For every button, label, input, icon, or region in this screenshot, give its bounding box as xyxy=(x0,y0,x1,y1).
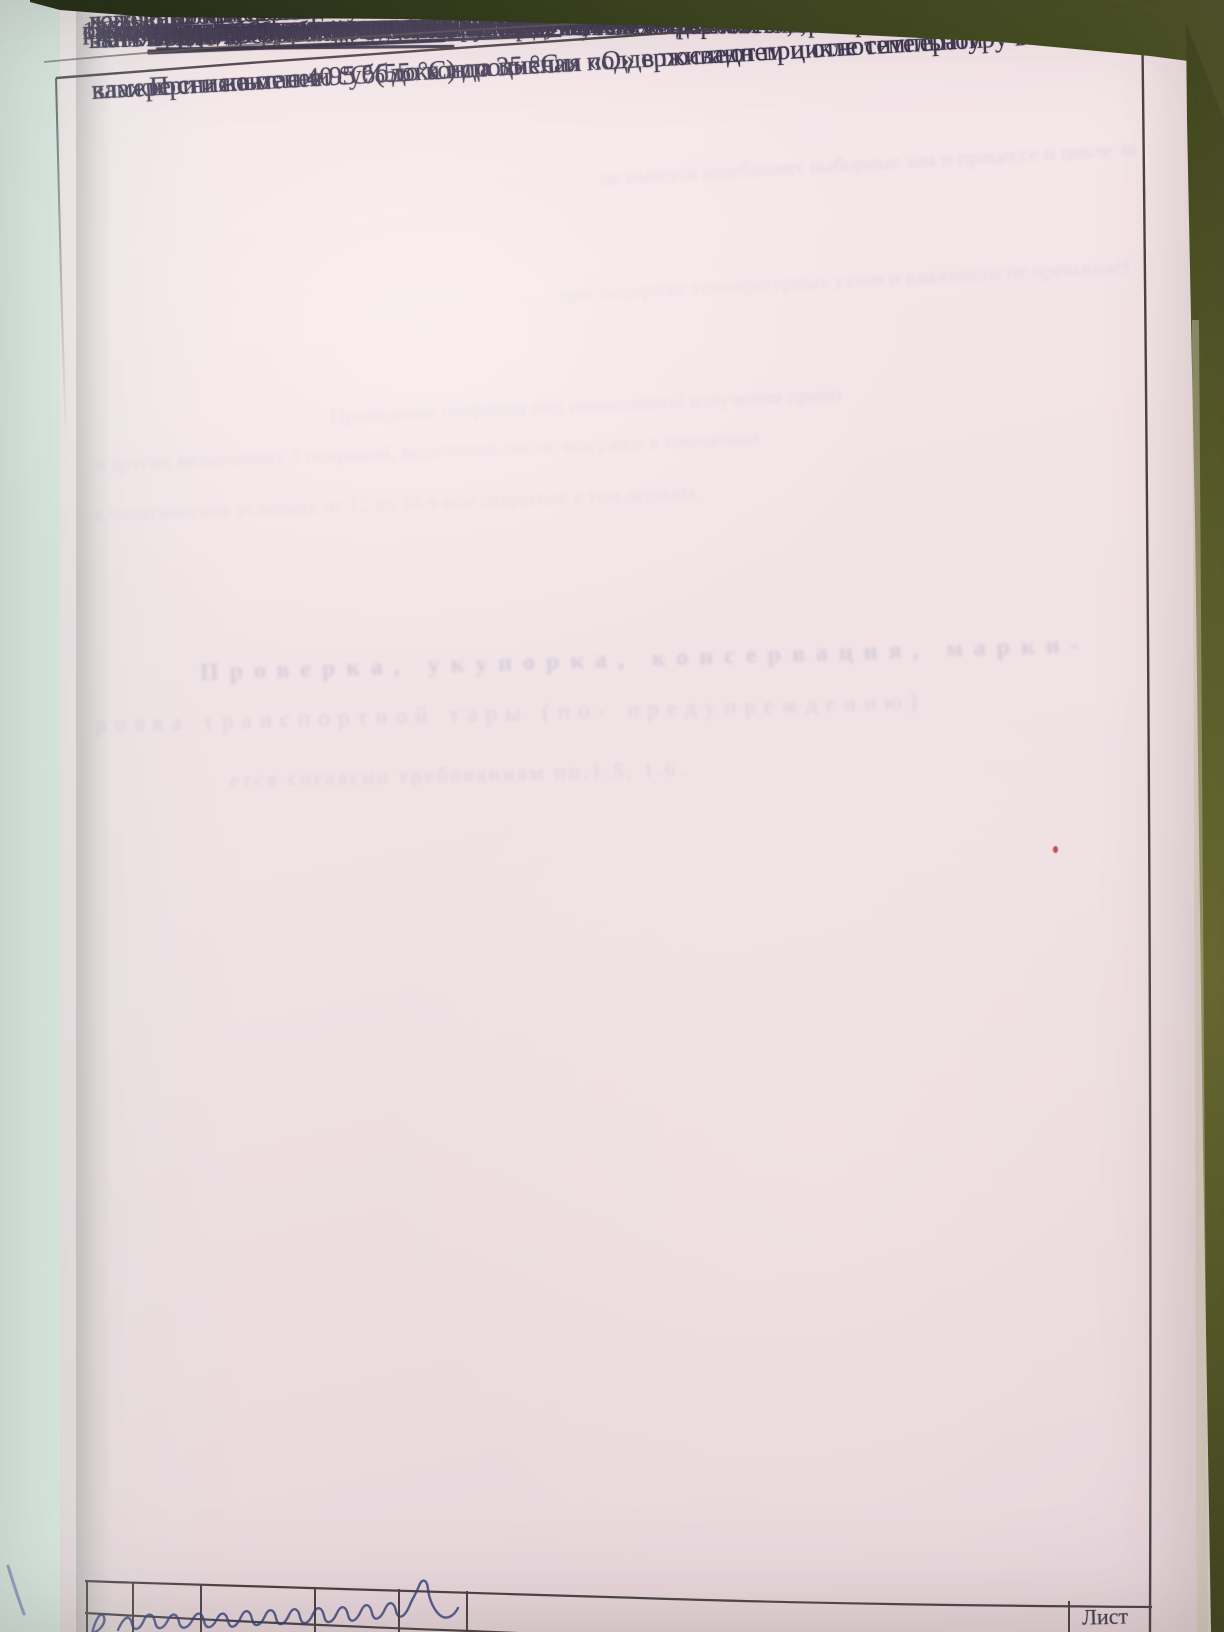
frame-left-line xyxy=(56,78,66,440)
sheet-cell-label: Лист xyxy=(1082,1603,1129,1630)
frame-right-line xyxy=(1142,4,1150,1632)
titleblock-top-line xyxy=(85,1581,1152,1607)
photographed-document-page: не имеется колебаниях выборные зам и про… xyxy=(0,0,1224,1632)
frame-and-titleblock-lines xyxy=(0,0,1224,1632)
red-ink-speck xyxy=(1053,846,1058,853)
pen-slash-stroke xyxy=(8,1566,24,1614)
handwriting-stroke xyxy=(92,1581,458,1632)
